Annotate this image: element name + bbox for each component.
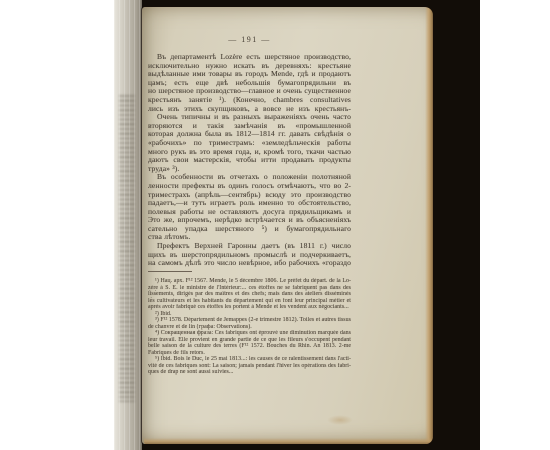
footnote-line: lissements, dirigés par des maîtres et d… [148, 291, 351, 298]
footnote-line: après avoir fabriqué ces étoffes les por… [148, 304, 351, 311]
text-line: Въ особенности въ отчетахъ о положеніи п… [148, 173, 351, 182]
footnote-line: ⁴) Сокращенная фраза: Ces fabriques ont … [148, 330, 351, 337]
footnote-line: ¹) Нац. арх. F¹² 1567. Mende, le 5 décem… [148, 278, 351, 285]
text-line: Очень типичны и въ разныхъ выраженіяхъ о… [148, 113, 351, 122]
text-line: Префектъ Верхней Гаронны даетъ (въ 1811 … [148, 242, 351, 251]
text-line: на самомъ дѣлѣ это число невѣрное, ибо р… [148, 259, 351, 268]
text-line: которая должна была въ 1812—1814 гг. дав… [148, 130, 351, 139]
footnote-line: ³) F¹² 1578. Département de Jemappes (2-… [148, 317, 351, 324]
page-number: — 191 — [148, 35, 351, 44]
main-text: Въ департаментѣ Lozère есть шерстяное пр… [148, 53, 351, 268]
text-line: ленности префекты въ одинъ голосъ отмѣча… [148, 182, 351, 191]
text-line: щихъ въ шерстопрядильномъ промыслѣ и под… [148, 251, 351, 260]
book-page: — 191 — Въ департаментѣ Lozère есть шерс… [142, 7, 433, 444]
text-line: ства лѣтомъ. [148, 233, 351, 242]
text-line: триместрахъ (апрѣль—сентябрь) всюду это … [148, 191, 351, 200]
text-line: труда» ³). [148, 165, 351, 174]
text-line: Въ департаментѣ Lozère есть шерстяное пр… [148, 53, 351, 62]
footnote-line: belle saison de la culture des terres (F… [148, 343, 351, 350]
book-fore-edge [114, 0, 142, 450]
text-line: цамъ; есть еще двѣ небольшія бумагопряди… [148, 79, 351, 88]
text-line: но шерстяное производство—главное и очен… [148, 87, 351, 96]
footnote-line: ⁵) Ibid. Bois le Duc, le 25 mai 1813...:… [148, 356, 351, 363]
footnotes: ¹) Нац. арх. F¹² 1567. Mende, le 5 décem… [148, 278, 351, 376]
text-line: «рабочихъ» по триместрамъ: «земледѣльчес… [148, 139, 351, 148]
text-line: сательно упадка шерстяного ⁵) и бумагопр… [148, 225, 351, 234]
text-line: Это же, впрочемъ, нерѣдко встрѣчается и … [148, 216, 351, 225]
text-line: лись изъ этихъ скупщиковъ, а вовсе не из… [148, 105, 351, 114]
text-line: много рукъ въ это время года, и, кромѣ т… [148, 148, 351, 157]
text-line: даютъ свои мастерскія, чтобы итти продав… [148, 156, 351, 165]
text-line: исключительно нужно искать въ деревняхъ:… [148, 62, 351, 71]
text-line: вторяются и такія замѣчанія въ «промышле… [148, 122, 351, 131]
footnote-separator [148, 271, 192, 272]
footnote-line: ques de drap ne sont aussi suivies... [148, 369, 351, 376]
page-block-edge-bottom [144, 438, 432, 444]
show-through-text [119, 95, 135, 402]
screenshot-root: — 191 — Въ департаментѣ Lozère есть шерс… [0, 0, 550, 450]
page-block-edge-right [425, 7, 433, 444]
text-line: крестьянъ занятіе ¹). (Конечно, chambres… [148, 96, 351, 105]
text-line: выдѣланные ими товары въ городъ Mende, г… [148, 70, 351, 79]
page-stain [327, 415, 353, 425]
text-line: падаетъ,—и тутъ играетъ роль именно то о… [148, 199, 351, 208]
text-line: полевыя работы не оставляютъ досуга пряд… [148, 208, 351, 217]
book-photo: — 191 — Въ департаментѣ Lozère есть шерс… [114, 0, 480, 450]
